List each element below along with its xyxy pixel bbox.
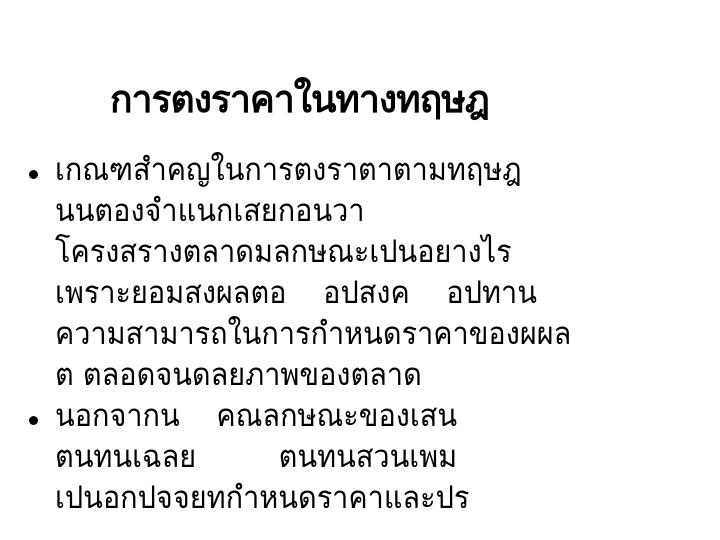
bullet-1-line-6: ต ตลอดจนดลยภาพของตลาด — [55, 355, 673, 396]
bullet-item-1: เกณฑสำคญในการตงราตาตามทฤษฎ นนตองจำแนกเสย… — [0, 150, 720, 396]
bullet-1-line-3: โครงสรางตลาดมลกษณะเปนอยางไร — [55, 232, 673, 273]
bullet-2-line-3: เปนอกปจจยทกำหนดราคาและปร — [55, 478, 673, 519]
bullet-1-line-5: ความสามารถในการกำหนดราคาของผผล — [55, 314, 673, 355]
slide-title: การตงราคาในทางทฤษฎ — [110, 74, 561, 124]
slide: การตงราคาในทางทฤษฎ เกณฑสำคญในการตงราตาตา… — [0, 0, 720, 540]
bullet-2-line-2: ตนทนเฉลย ตนทนสวนเพม — [55, 437, 673, 478]
bullet-1-line-1: เกณฑสำคญในการตงราตาตามทฤษฎ — [55, 150, 673, 191]
slide-body: เกณฑสำคญในการตงราตาตามทฤษฎ นนตองจำแนกเสย… — [0, 150, 720, 519]
bullet-2-line-1: นอกจากน คณลกษณะของเสน — [55, 396, 673, 437]
bullet-item-2: นอกจากน คณลกษณะของเสน ตนทนเฉลย ตนทนสวนเพ… — [0, 396, 720, 519]
bullet-icon — [29, 416, 38, 425]
bullet-1-line-4: เพราะยอมสงผลตอ อปสงค อปทาน — [55, 273, 673, 314]
bullet-1-line-2: นนตองจำแนกเสยกอนวา — [55, 191, 673, 232]
bullet-icon — [29, 170, 38, 179]
